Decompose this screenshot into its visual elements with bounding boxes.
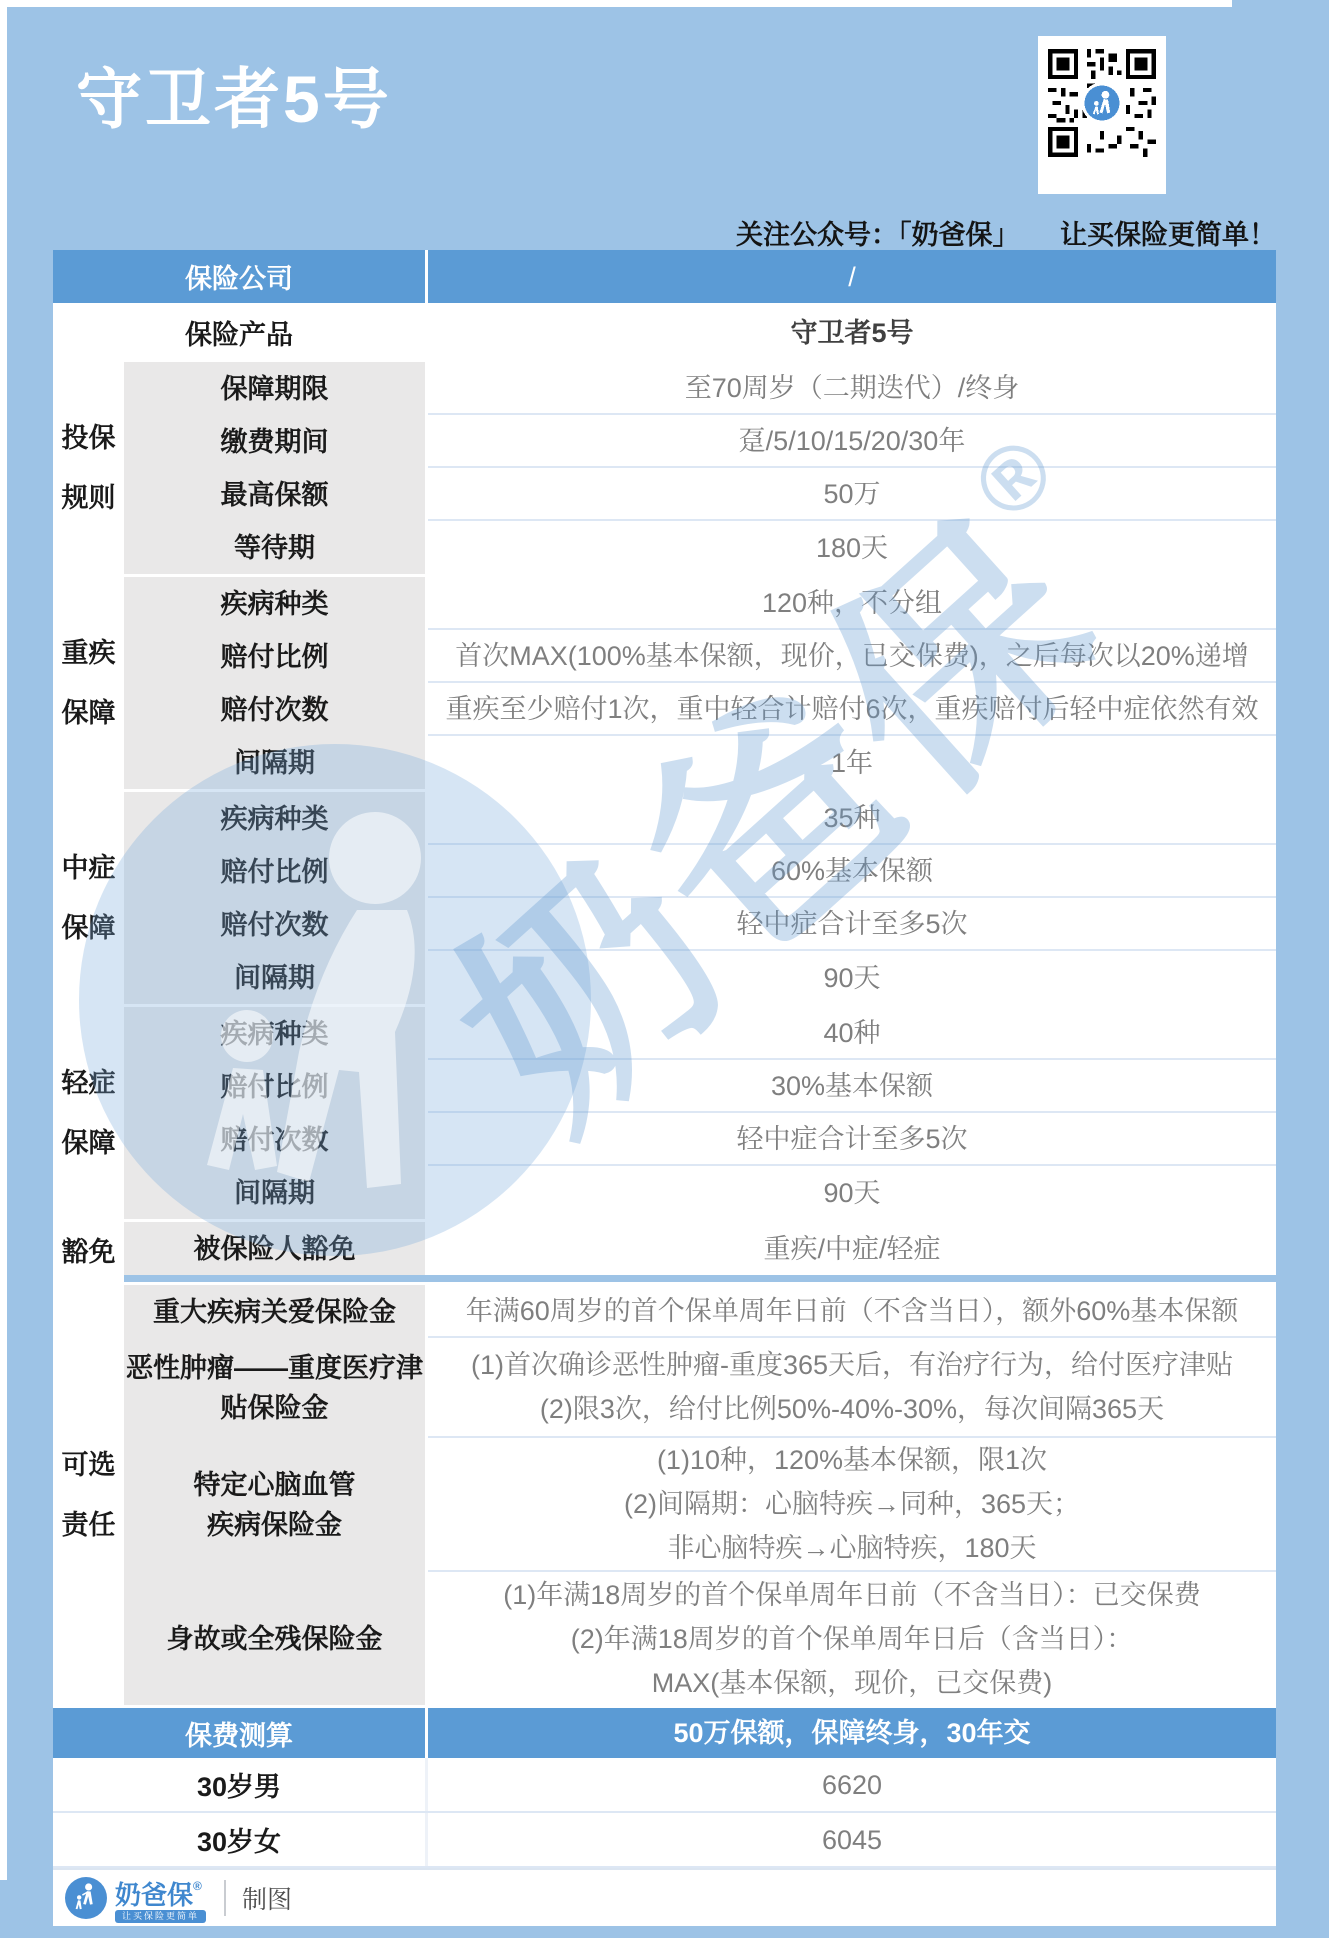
page-title: 守卫者5号	[76, 46, 392, 141]
page-edge-left	[0, 0, 7, 1880]
row-value: 120种，不分组	[428, 577, 1276, 630]
row-value: 趸/5/10/15/20/30年	[428, 415, 1276, 468]
row-value: 90天	[428, 951, 1276, 1004]
row-label: 疾病种类	[124, 792, 428, 845]
table-row: 特定心脑血管 疾病保险金 (1)10种，120%基本保额，限1次 (2)间隔期：…	[124, 1438, 1276, 1572]
row-value: 30%基本保额	[428, 1060, 1276, 1113]
section-critical-illness: 重疾保障 疾病种类 120种，不分组 赔付比例 首次MAX(100%基本保额，现…	[53, 574, 1276, 789]
brand-tagline: 让买保险更简单	[115, 1910, 206, 1923]
row-value: 重疾至少赔付1次，重中轻合计赔付6次，重疾赔付后轻中症依然有效	[428, 683, 1276, 736]
page-edge-top	[0, 0, 1232, 7]
qr-code	[1038, 36, 1166, 194]
table-row: 被保险人豁免 重疾/中症/轻症	[124, 1222, 1276, 1275]
table-row-product: 保险产品 守卫者5号	[53, 306, 1276, 359]
row-value: (1)年满18周岁的首个保单周年日前（不含当日）：已交保费 (2)年满18周岁的…	[428, 1572, 1276, 1705]
table-row: 疾病种类 40种	[124, 1007, 1276, 1060]
table-row: 间隔期 90天	[124, 1166, 1276, 1219]
row-value: 6045	[428, 1813, 1276, 1866]
row-value: 35种	[428, 792, 1276, 845]
row-label: 身故或全残保险金	[124, 1572, 428, 1705]
row-value: 6620	[428, 1758, 1276, 1811]
table-row: 赔付比例 首次MAX(100%基本保额，现价，已交保费)，之后每次以20%递增	[124, 630, 1276, 683]
row-value: 至70周岁（二期迭代）/终身	[428, 362, 1276, 415]
row-value: 90天	[428, 1166, 1276, 1219]
row-value: 50万	[428, 468, 1276, 521]
row-value: 180天	[428, 521, 1276, 574]
row-label: 30岁男	[53, 1758, 428, 1811]
row-label: 赔付次数	[124, 1113, 428, 1166]
row-label: 疾病种类	[124, 1007, 428, 1060]
product-table: 保险公司 / 保险产品 守卫者5号 投保规则 保障期限 至70周岁（二期迭代）/…	[53, 250, 1276, 1926]
footer: 奶爸保® 让买保险更简单 制图	[53, 1868, 1276, 1926]
row-value: /	[428, 250, 1276, 303]
row-value: 40种	[428, 1007, 1276, 1060]
section-group-label: 可选责任	[53, 1285, 124, 1705]
row-value: 重疾/中症/轻症	[428, 1222, 1276, 1275]
infographic-page: 守卫者5号 关注公众号：「奶爸保」 让买保险更简单！ 保险公司 / 保险产品	[0, 0, 1329, 1938]
section-application-rules: 投保规则 保障期限 至70周岁（二期迭代）/终身 缴费期间 趸/5/10/15/…	[53, 359, 1276, 574]
row-label: 30岁女	[53, 1813, 428, 1866]
table-row: 重大疾病关爱保险金 年满60周岁的首个保单周年日前（不含当日），额外60%基本保…	[124, 1285, 1276, 1338]
table-row: 恶性肿瘤——重度医疗津贴保险金 (1)首次确诊恶性肿瘤-重度365天后，有治疗行…	[124, 1338, 1276, 1438]
brand-person-icon	[65, 1877, 107, 1919]
table-row: 间隔期 90天	[124, 951, 1276, 1004]
row-label: 恶性肿瘤——重度医疗津贴保险金	[124, 1338, 428, 1438]
row-label: 赔付次数	[124, 683, 428, 736]
row-value: 轻中症合计至多5次	[428, 898, 1276, 951]
table-row: 赔付次数 轻中症合计至多5次	[124, 898, 1276, 951]
row-value: 首次MAX(100%基本保额，现价，已交保费)，之后每次以20%递增	[428, 630, 1276, 683]
row-label: 疾病种类	[124, 577, 428, 630]
row-label: 保险公司	[53, 250, 428, 303]
brand-text-block: 奶爸保® 让买保险更简单	[115, 1873, 206, 1923]
row-label: 保障期限	[124, 362, 428, 415]
credit-text: 制图	[242, 1880, 292, 1916]
table-row: 赔付比例 60%基本保额	[124, 845, 1276, 898]
row-value: 50万保额，保障终身，30年交	[428, 1708, 1276, 1758]
table-row: 等待期 180天	[124, 521, 1276, 574]
row-label: 间隔期	[124, 1166, 428, 1219]
row-value: 1年	[428, 736, 1276, 789]
premium-row-female: 30岁女 6045	[53, 1813, 1276, 1868]
premium-row-male: 30岁男 6620	[53, 1758, 1276, 1813]
section-group-label: 豁免	[53, 1222, 124, 1282]
table-row: 缴费期间 趸/5/10/15/20/30年	[124, 415, 1276, 468]
row-label: 等待期	[124, 521, 428, 574]
row-label: 间隔期	[124, 951, 428, 1004]
row-value: (1)10种，120%基本保额，限1次 (2)间隔期：心脑特疾→同种，365天；…	[428, 1438, 1276, 1572]
brand-logo-icon	[65, 1877, 107, 1919]
table-row: 赔付次数 轻中症合计至多5次	[124, 1113, 1276, 1166]
section-group-label: 重疾保障	[53, 577, 124, 789]
section-waiver: 豁免 被保险人豁免 重疾/中症/轻症	[53, 1219, 1276, 1282]
section-group-label: 中症保障	[53, 792, 124, 1004]
table-row: 赔付比例 30%基本保额	[124, 1060, 1276, 1113]
row-label: 特定心脑血管 疾病保险金	[124, 1438, 428, 1572]
table-row: 疾病种类 35种	[124, 792, 1276, 845]
row-value: 60%基本保额	[428, 845, 1276, 898]
row-label: 被保险人豁免	[124, 1222, 428, 1275]
row-value: (1)首次确诊恶性肿瘤-重度365天后，有治疗行为，给付医疗津贴 (2)限3次，…	[428, 1338, 1276, 1438]
table-row: 最高保额 50万	[124, 468, 1276, 521]
row-value: 年满60周岁的首个保单周年日前（不含当日），额外60%基本保额	[428, 1285, 1276, 1338]
table-row: 间隔期 1年	[124, 736, 1276, 789]
premium-header-row: 保费测算 50万保额，保障终身，30年交	[53, 1708, 1276, 1758]
table-row: 赔付次数 重疾至少赔付1次，重中轻合计赔付6次，重疾赔付后轻中症依然有效	[124, 683, 1276, 736]
section-moderate-illness: 中症保障 疾病种类 35种 赔付比例 60%基本保额 赔付次数 轻中症合计至多5…	[53, 789, 1276, 1004]
brand-name-text: 奶爸保	[115, 1880, 193, 1910]
footer-divider	[224, 1880, 226, 1916]
row-label: 重大疾病关爱保险金	[124, 1285, 428, 1338]
row-label: 赔付比例	[124, 845, 428, 898]
row-label: 保费测算	[53, 1708, 428, 1758]
section-group-label: 轻症保障	[53, 1007, 124, 1219]
row-label: 赔付比例	[124, 1060, 428, 1113]
table-row: 保障期限 至70周岁（二期迭代）/终身	[124, 362, 1276, 415]
row-label: 赔付比例	[124, 630, 428, 683]
row-label: 间隔期	[124, 736, 428, 789]
row-label: 保险产品	[53, 306, 428, 359]
qr-pattern	[1048, 49, 1156, 157]
section-group-label: 投保规则	[53, 362, 124, 574]
brand-registered-mark: ®	[193, 1879, 202, 1893]
follow-official-account-text: 关注公众号：「奶爸保」 让买保险更简单！	[736, 213, 1276, 252]
row-label: 赔付次数	[124, 898, 428, 951]
row-label: 缴费期间	[124, 415, 428, 468]
section-mild-illness: 轻症保障 疾病种类 40种 赔付比例 30%基本保额 赔付次数 轻中症合计至多5…	[53, 1004, 1276, 1219]
table-row: 疾病种类 120种，不分组	[124, 577, 1276, 630]
row-value: 轻中症合计至多5次	[428, 1113, 1276, 1166]
row-value: 守卫者5号	[428, 306, 1276, 359]
table-row-company: 保险公司 /	[53, 250, 1276, 303]
row-label: 最高保额	[124, 468, 428, 521]
section-optional-benefits: 可选责任 重大疾病关爱保险金 年满60周岁的首个保单周年日前（不含当日），额外6…	[53, 1282, 1276, 1705]
table-row: 身故或全残保险金 (1)年满18周岁的首个保单周年日前（不含当日）：已交保费 (…	[124, 1572, 1276, 1705]
brand-name: 奶爸保®	[115, 1873, 202, 1908]
